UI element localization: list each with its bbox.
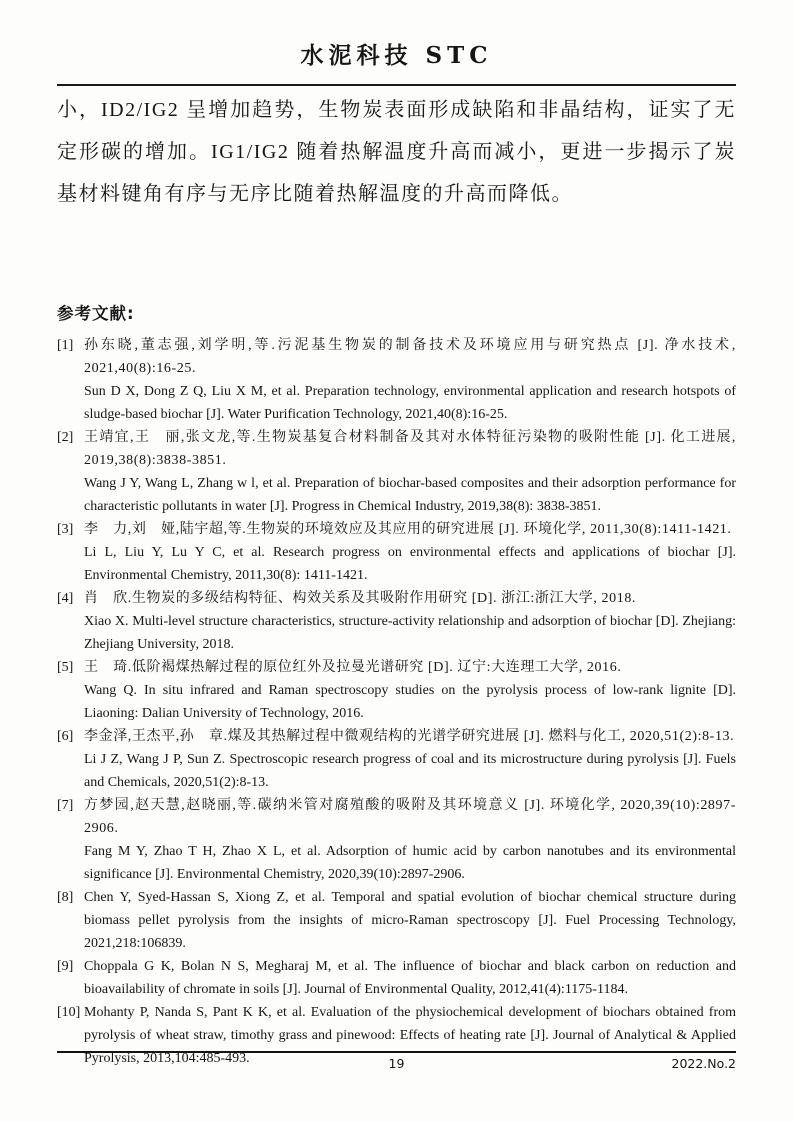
issue-label: 2022.No.2 [672,1056,737,1071]
reference-text-zh: 李金泽,王杰平,孙 章.煤及其热解过程中微观结构的光谱学研究进展 [J]. 燃料… [84,725,736,748]
reference-item: [2]王靖宜,王 丽,张文龙,等.生物炭基复合材料制备及其对水体特征污染物的吸附… [57,426,736,518]
reference-text-en: Li L, Liu Y, Lu Y C, et al. Research pro… [84,541,736,587]
reference-text-en: Chen Y, Syed-Hassan S, Xiong Z, et al. T… [84,886,736,955]
reference-text-zh: 肖 欣.生物炭的多级结构特征、构效关系及其吸附作用研究 [D]. 浙江:浙江大学… [84,587,736,610]
reference-text-en: Wang J Y, Wang L, Zhang w l, et al. Prep… [84,472,736,518]
reference-text-zh: 孙东晓,董志强,刘学明,等.污泥基生物炭的制备技术及环境应用与研究热点 [J].… [84,334,736,380]
journal-title: 水泥科技 STC [57,0,736,72]
reference-number: [4] [57,587,73,610]
reference-text-en: Xiao X. Multi-level structure characteri… [84,610,736,656]
journal-page: 水泥科技 STC 小，ID2/IG2 呈增加趋势，生物炭表面形成缺陷和非晶结构，… [0,0,793,1122]
page-footer: 19 2022.No.2 [57,1051,736,1091]
references-list: [1]孙东晓,董志强,刘学明,等.污泥基生物炭的制备技术及环境应用与研究热点 [… [57,334,736,1070]
reference-item: [9]Choppala G K, Bolan N S, Megharaj M, … [57,955,736,1001]
reference-text-en: Wang Q. In situ infrared and Raman spect… [84,679,736,725]
reference-number: [3] [57,518,73,541]
page-number: 19 [389,1056,405,1071]
reference-text-en: Sun D X, Dong Z Q, Liu X M, et al. Prepa… [84,380,736,426]
reference-number: [10] [57,1001,80,1024]
reference-item: [1]孙东晓,董志强,刘学明,等.污泥基生物炭的制备技术及环境应用与研究热点 [… [57,334,736,426]
page-header: 水泥科技 STC [57,0,736,86]
reference-number: [6] [57,725,73,748]
reference-number: [5] [57,656,73,679]
reference-item: [5]王 琦.低阶褐煤热解过程的原位红外及拉曼光谱研究 [D]. 辽宁:大连理工… [57,656,736,725]
reference-text-en: Choppala G K, Bolan N S, Megharaj M, et … [84,955,736,1001]
body-paragraph: 小，ID2/IG2 呈增加趋势，生物炭表面形成缺陷和非晶结构，证实了无定形碳的增… [57,89,736,215]
footer-divider [57,1051,736,1053]
reference-item: [6]李金泽,王杰平,孙 章.煤及其热解过程中微观结构的光谱学研究进展 [J].… [57,725,736,794]
reference-number: [2] [57,426,73,449]
reference-text-zh: 李 力,刘 娅,陆宇超,等.生物炭的环境效应及其应用的研究进展 [J]. 环境化… [84,518,736,541]
reference-number: [9] [57,955,73,978]
reference-item: [4]肖 欣.生物炭的多级结构特征、构效关系及其吸附作用研究 [D]. 浙江:浙… [57,587,736,656]
reference-item: [8]Chen Y, Syed-Hassan S, Xiong Z, et al… [57,886,736,955]
reference-number: [1] [57,334,73,357]
page-content: 水泥科技 STC 小，ID2/IG2 呈增加趋势，生物炭表面形成缺陷和非晶结构，… [57,0,736,1070]
reference-number: [7] [57,794,73,817]
reference-text-zh: 王靖宜,王 丽,张文龙,等.生物炭基复合材料制备及其对水体特征污染物的吸附性能 … [84,426,736,472]
header-divider [57,84,736,86]
reference-item: [7]方梦园,赵天慧,赵晓丽,等.碳纳米管对腐殖酸的吸附及其环境意义 [J]. … [57,794,736,886]
reference-text-en: Fang M Y, Zhao T H, Zhao X L, et al. Ads… [84,840,736,886]
reference-item: [3]李 力,刘 娅,陆宇超,等.生物炭的环境效应及其应用的研究进展 [J]. … [57,518,736,587]
reference-text-zh: 方梦园,赵天慧,赵晓丽,等.碳纳米管对腐殖酸的吸附及其环境意义 [J]. 环境化… [84,794,736,840]
reference-text-en: Li J Z, Wang J P, Sun Z. Spectroscopic r… [84,748,736,794]
reference-text-zh: 王 琦.低阶褐煤热解过程的原位红外及拉曼光谱研究 [D]. 辽宁:大连理工大学,… [84,656,736,679]
reference-number: [8] [57,886,73,909]
references-heading: 参考文献: [57,303,736,325]
